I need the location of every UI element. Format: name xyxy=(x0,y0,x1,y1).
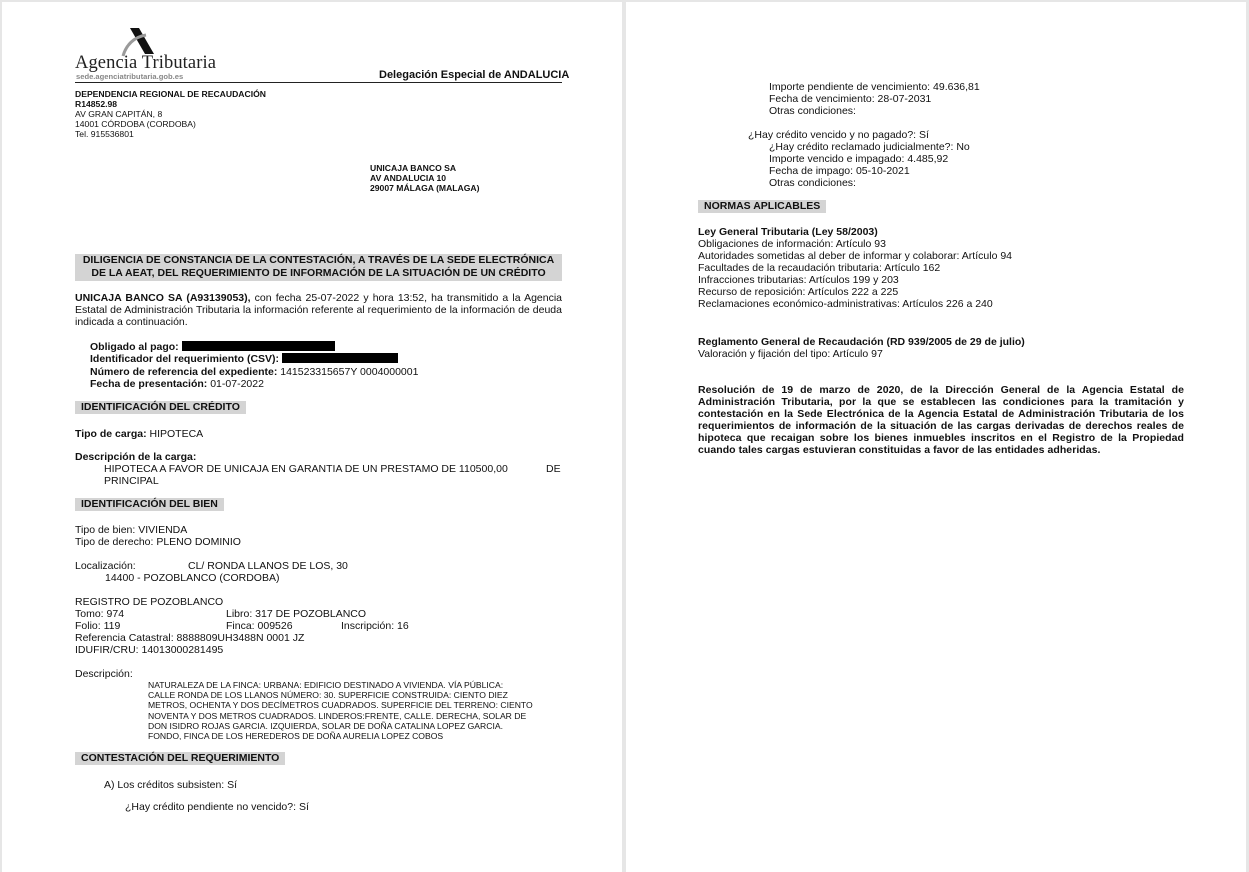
sender-code: R14852.98 xyxy=(75,99,117,109)
finca: Finca: 009526 xyxy=(226,620,293,632)
descripcion-line: CALLE RONDA DE LOS LLANOS NÚMERO: 30. SU… xyxy=(148,690,508,700)
delegacion-heading: Delegación Especial de ANDALUCIA xyxy=(379,69,569,82)
localizacion-line-1: CL/ RONDA LLANOS DE LOS, 30 xyxy=(188,560,348,572)
descripcion-line: FONDO, FINCA DE LOS HEREDEROS DE DOÑA AU… xyxy=(148,731,443,741)
lgt-article-item: Recurso de reposición: Artículos 222 a 2… xyxy=(698,286,898,298)
desc-carga-label: Descripción de la carga: xyxy=(75,451,196,463)
section-header-contestacion: CONTESTACIÓN DEL REQUERIMIENTO xyxy=(75,752,285,765)
csv-field: Identificador del requerimiento (CSV): xyxy=(90,353,398,365)
rgr-title: Reglamento General de Recaudación (RD 93… xyxy=(698,336,1025,348)
pendiente-no-vencido: ¿Hay crédito pendiente no vencido?: Sí xyxy=(125,801,309,813)
sender-address: AV GRAN CAPITÁN, 8 xyxy=(75,109,162,119)
descripcion-line: DON ISIDRO ROJAS GARCIA. IZQUIERDA, SOLA… xyxy=(148,721,503,731)
descripcion-label: Descripción: xyxy=(75,668,133,680)
document-title-line-1: DILIGENCIA DE CONSTANCIA DE LA CONTESTAC… xyxy=(75,254,562,267)
importe-vencido: Importe vencido e impagado: 4.485,92 xyxy=(769,153,948,165)
document-title: DILIGENCIA DE CONSTANCIA DE LA CONTESTAC… xyxy=(75,254,562,281)
section-header-bien: IDENTIFICACIÓN DEL BIEN xyxy=(75,498,224,511)
otras-condiciones-1: Otras condiciones: xyxy=(769,105,856,117)
obligado-field: Obligado al pago: xyxy=(90,341,335,353)
lgt-article-item: Reclamaciones económico-administrativas:… xyxy=(698,298,993,310)
rgr-article-item: Valoración y fijación del tipo: Artículo… xyxy=(698,348,883,360)
sender-dependencia: DEPENDENCIA REGIONAL DE RECAUDACIÓN xyxy=(75,89,266,99)
lgt-article-item: Facultades de la recaudación tributaria:… xyxy=(698,262,940,274)
sender-phone: Tel. 915536801 xyxy=(75,129,134,139)
document-page-2: Importe pendiente de vencimiento: 49.636… xyxy=(626,2,1246,872)
section-header-credito: IDENTIFICACIÓN DEL CRÉDITO xyxy=(75,401,246,414)
intro-paragraph: UNICAJA BANCO SA (A93139053), con fecha … xyxy=(75,292,562,328)
resolucion-paragraph: Resolución de 19 de marzo de 2020, de la… xyxy=(698,384,1184,456)
expediente-field: Número de referencia del expediente: 141… xyxy=(90,366,418,378)
desc-carga-line-2: PRINCIPAL xyxy=(104,475,159,487)
recipient-name: UNICAJA BANCO SA xyxy=(370,163,456,173)
libro: Libro: 317 DE POZOBLANCO xyxy=(226,608,366,620)
desc-carga-line-1a: HIPOTECA A FAVOR DE UNICAJA EN GARANTIA … xyxy=(104,463,508,475)
recipient-address: AV ANDALUCIA 10 xyxy=(370,173,446,183)
reclamado-judicialmente: ¿Hay crédito reclamado judicialmente?: N… xyxy=(769,141,970,153)
tipo-derecho: Tipo de derecho: PLENO DOMINIO xyxy=(75,536,241,548)
referencia-catastral: Referencia Catastral: 8888809UH3488N 000… xyxy=(75,632,304,644)
fecha-impago: Fecha de impago: 05-10-2021 xyxy=(769,165,910,177)
folio: Folio: 119 xyxy=(75,620,120,632)
lgt-article-item: Obligaciones de información: Artículo 93 xyxy=(698,238,886,250)
lgt-article-item: Infracciones tributarias: Artículos 199 … xyxy=(698,274,899,286)
intro-entity: UNICAJA BANCO SA (A93139053), xyxy=(75,292,251,304)
section-header-normas: NORMAS APLICABLES xyxy=(698,200,826,213)
logo-name: Agencia Tributaria xyxy=(75,53,216,73)
otras-condiciones-2: Otras condiciones: xyxy=(769,177,856,189)
descripcion-line: NOVENTA Y DOS METROS CUADRADOS. LINDEROS… xyxy=(148,711,526,721)
localizacion-line-2: 14400 - POZOBLANCO (CORDOBA) xyxy=(105,572,279,584)
lgt-title: Ley General Tributaria (Ley 58/2003) xyxy=(698,226,878,238)
lgt-article-item: Autoridades sometidas al deber de inform… xyxy=(698,250,1012,262)
document-page-1: Agencia Tributaria sede.agenciatributari… xyxy=(2,2,622,872)
creditos-subsisten: A) Los créditos subsisten: Sí xyxy=(104,779,237,791)
tomo: Tomo: 974 xyxy=(75,608,124,620)
sender-city: 14001 CÓRDOBA (CORDOBA) xyxy=(75,119,196,129)
tipo-carga-field: Tipo de carga: HIPOTECA xyxy=(75,428,203,440)
recipient-city: 29007 MÁLAGA (MALAGA) xyxy=(370,183,480,193)
header-rule xyxy=(75,82,562,83)
registro: REGISTRO DE POZOBLANCO xyxy=(75,596,223,608)
fecha-vencimiento: Fecha de vencimiento: 28-07-2031 xyxy=(769,93,931,105)
logo-url: sede.agenciatributaria.gob.es xyxy=(76,72,183,81)
idufir: IDUFIR/CRU: 14013000281495 xyxy=(75,644,223,656)
fecha-presentacion-field: Fecha de presentación: 01-07-2022 xyxy=(90,378,264,390)
desc-carga-line-1b: DE xyxy=(546,463,561,475)
descripcion-line: NATURALEZA DE LA FINCA: URBANA: EDIFICIO… xyxy=(148,680,503,690)
tipo-bien: Tipo de bien: VIVIENDA xyxy=(75,524,187,536)
redacted-obligado-value xyxy=(182,341,335,351)
redacted-csv-value xyxy=(282,353,398,363)
importe-pendiente: Importe pendiente de vencimiento: 49.636… xyxy=(769,81,980,93)
localizacion-label: Localización: xyxy=(75,560,136,572)
descripcion-line: METROS, OCHENTA Y DOS DECÍMETROS CUADRAD… xyxy=(148,700,533,710)
vencido-no-pagado: ¿Hay crédito vencido y no pagado?: Sí xyxy=(748,129,929,141)
document-title-line-2: DE LA AEAT, DEL REQUERIMIENTO DE INFORMA… xyxy=(75,267,562,280)
inscripcion: Inscripción: 16 xyxy=(341,620,409,632)
